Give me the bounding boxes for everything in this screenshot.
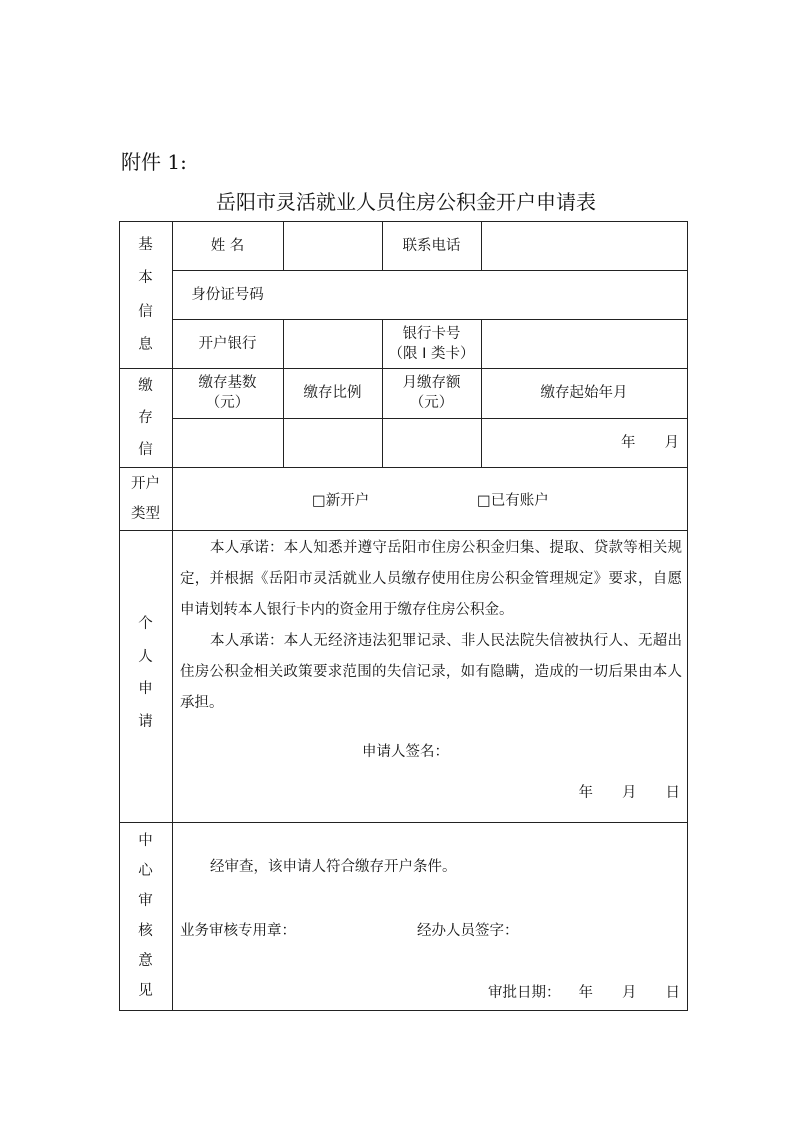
new-account-checkbox[interactable]: □新开户 [312, 489, 369, 510]
bank-label: 开户银行 [172, 319, 283, 368]
start-month-field[interactable]: 年 月 [481, 418, 687, 467]
id-number-label: 身份证号码 [172, 270, 283, 319]
deposit-base-field[interactable] [172, 418, 283, 467]
section-label-basic-info: 基 本 信 息 [119, 228, 172, 362]
deposit-ratio-field[interactable] [283, 418, 382, 467]
commitment-paragraph-2: 本人承诺：本人无经济违法犯罪记录、非人民法院失信被执行人、无超出住房公积金相关政… [180, 626, 682, 719]
commitment-paragraph-1: 本人承诺：本人知悉并遵守岳阳市住房公积金归集、提取、贷款等相关规定，并根据《岳阳… [180, 533, 682, 626]
id-number-field[interactable] [283, 270, 687, 319]
name-label: 姓 名 [172, 221, 283, 270]
phone-label: 联系电话 [382, 221, 481, 270]
table-border-bottom [119, 1010, 688, 1011]
approval-date-label: 审批日期： [488, 981, 561, 1002]
row-divider [119, 530, 688, 531]
bank-card-label: 银行卡号 （限 I 类卡） [382, 319, 481, 368]
bank-field[interactable] [283, 319, 382, 368]
start-month-label: 缴存起始年月 [481, 368, 687, 418]
existing-account-checkbox[interactable]: □已有账户 [477, 489, 549, 510]
monthly-deposit-label: 月缴存额 （元） [382, 368, 481, 418]
section-label-personal-application: 个 人 申 请 [119, 608, 172, 738]
table-border-right [687, 221, 688, 1010]
handler-signature-label: 经办人员签字： [417, 919, 519, 940]
deposit-base-label: 缴存基数 （元） [172, 368, 283, 418]
bank-card-field[interactable] [481, 319, 687, 368]
section-label-account-type: 开户 类型 [119, 469, 172, 529]
phone-field[interactable] [481, 221, 687, 270]
row-divider [119, 822, 688, 823]
name-field[interactable] [283, 221, 382, 270]
page-title: 岳阳市灵活就业人员住房公积金开户申请表 [0, 186, 794, 215]
deposit-ratio-label: 缴存比例 [283, 368, 382, 418]
section-label-deposit-info: 缴 存 信 [119, 370, 172, 466]
review-statement: 经审查，该申请人符合缴存开户条件。 [210, 855, 457, 876]
row-divider [119, 467, 688, 468]
application-date: 年 月 日 [579, 781, 681, 802]
seal-label: 业务审核专用章： [180, 919, 296, 940]
monthly-deposit-field[interactable] [382, 418, 481, 467]
applicant-signature-label: 申请人签名： [362, 740, 449, 761]
approval-date: 年 月 日 [579, 981, 681, 1002]
commitment-text: 本人承诺：本人知悉并遵守岳阳市住房公积金归集、提取、贷款等相关规定，并根据《岳阳… [180, 533, 682, 719]
section-label-center-review: 中 心 审 核 意 见 [119, 826, 172, 1006]
attachment-label: 附件 1: [121, 146, 187, 175]
